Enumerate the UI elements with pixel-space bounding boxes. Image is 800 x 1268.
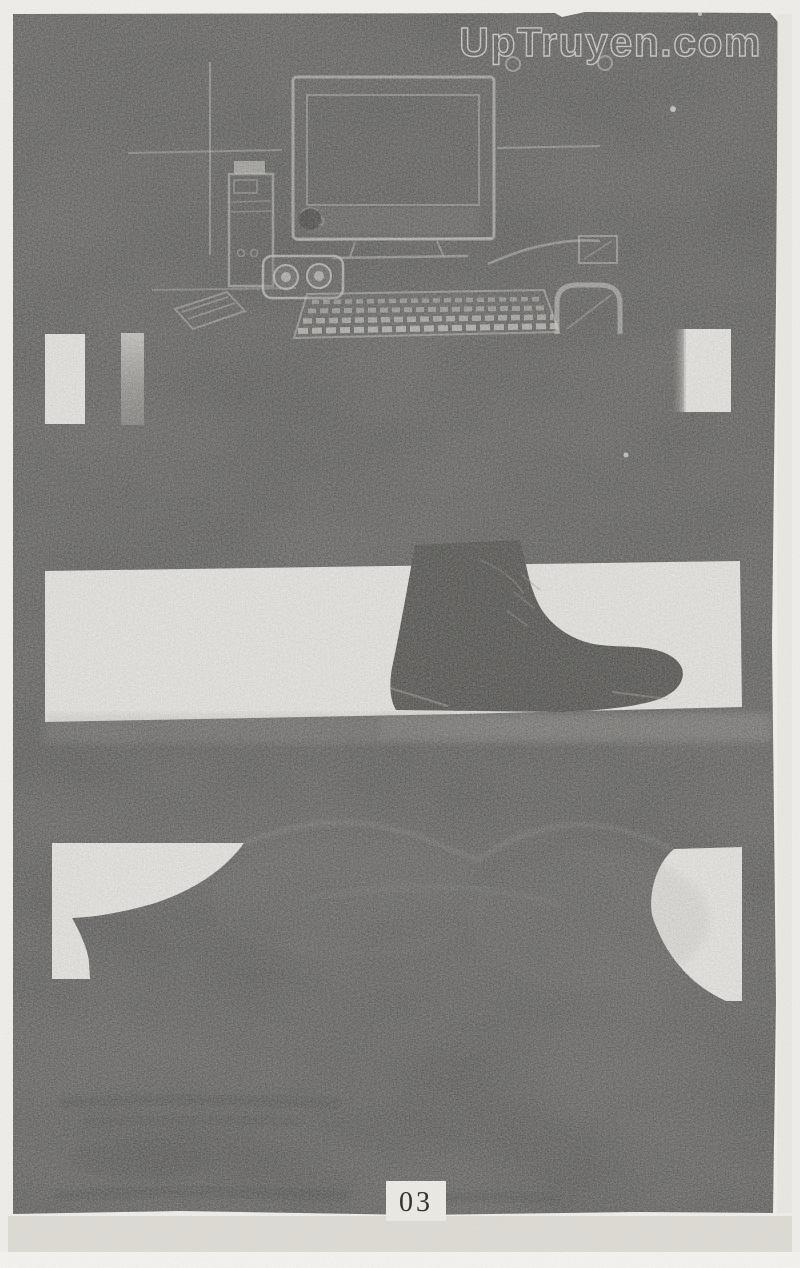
page-grain-overlay [0, 0, 800, 1268]
scanned-manga-page: UpTruyen.com 03 [0, 0, 800, 1268]
